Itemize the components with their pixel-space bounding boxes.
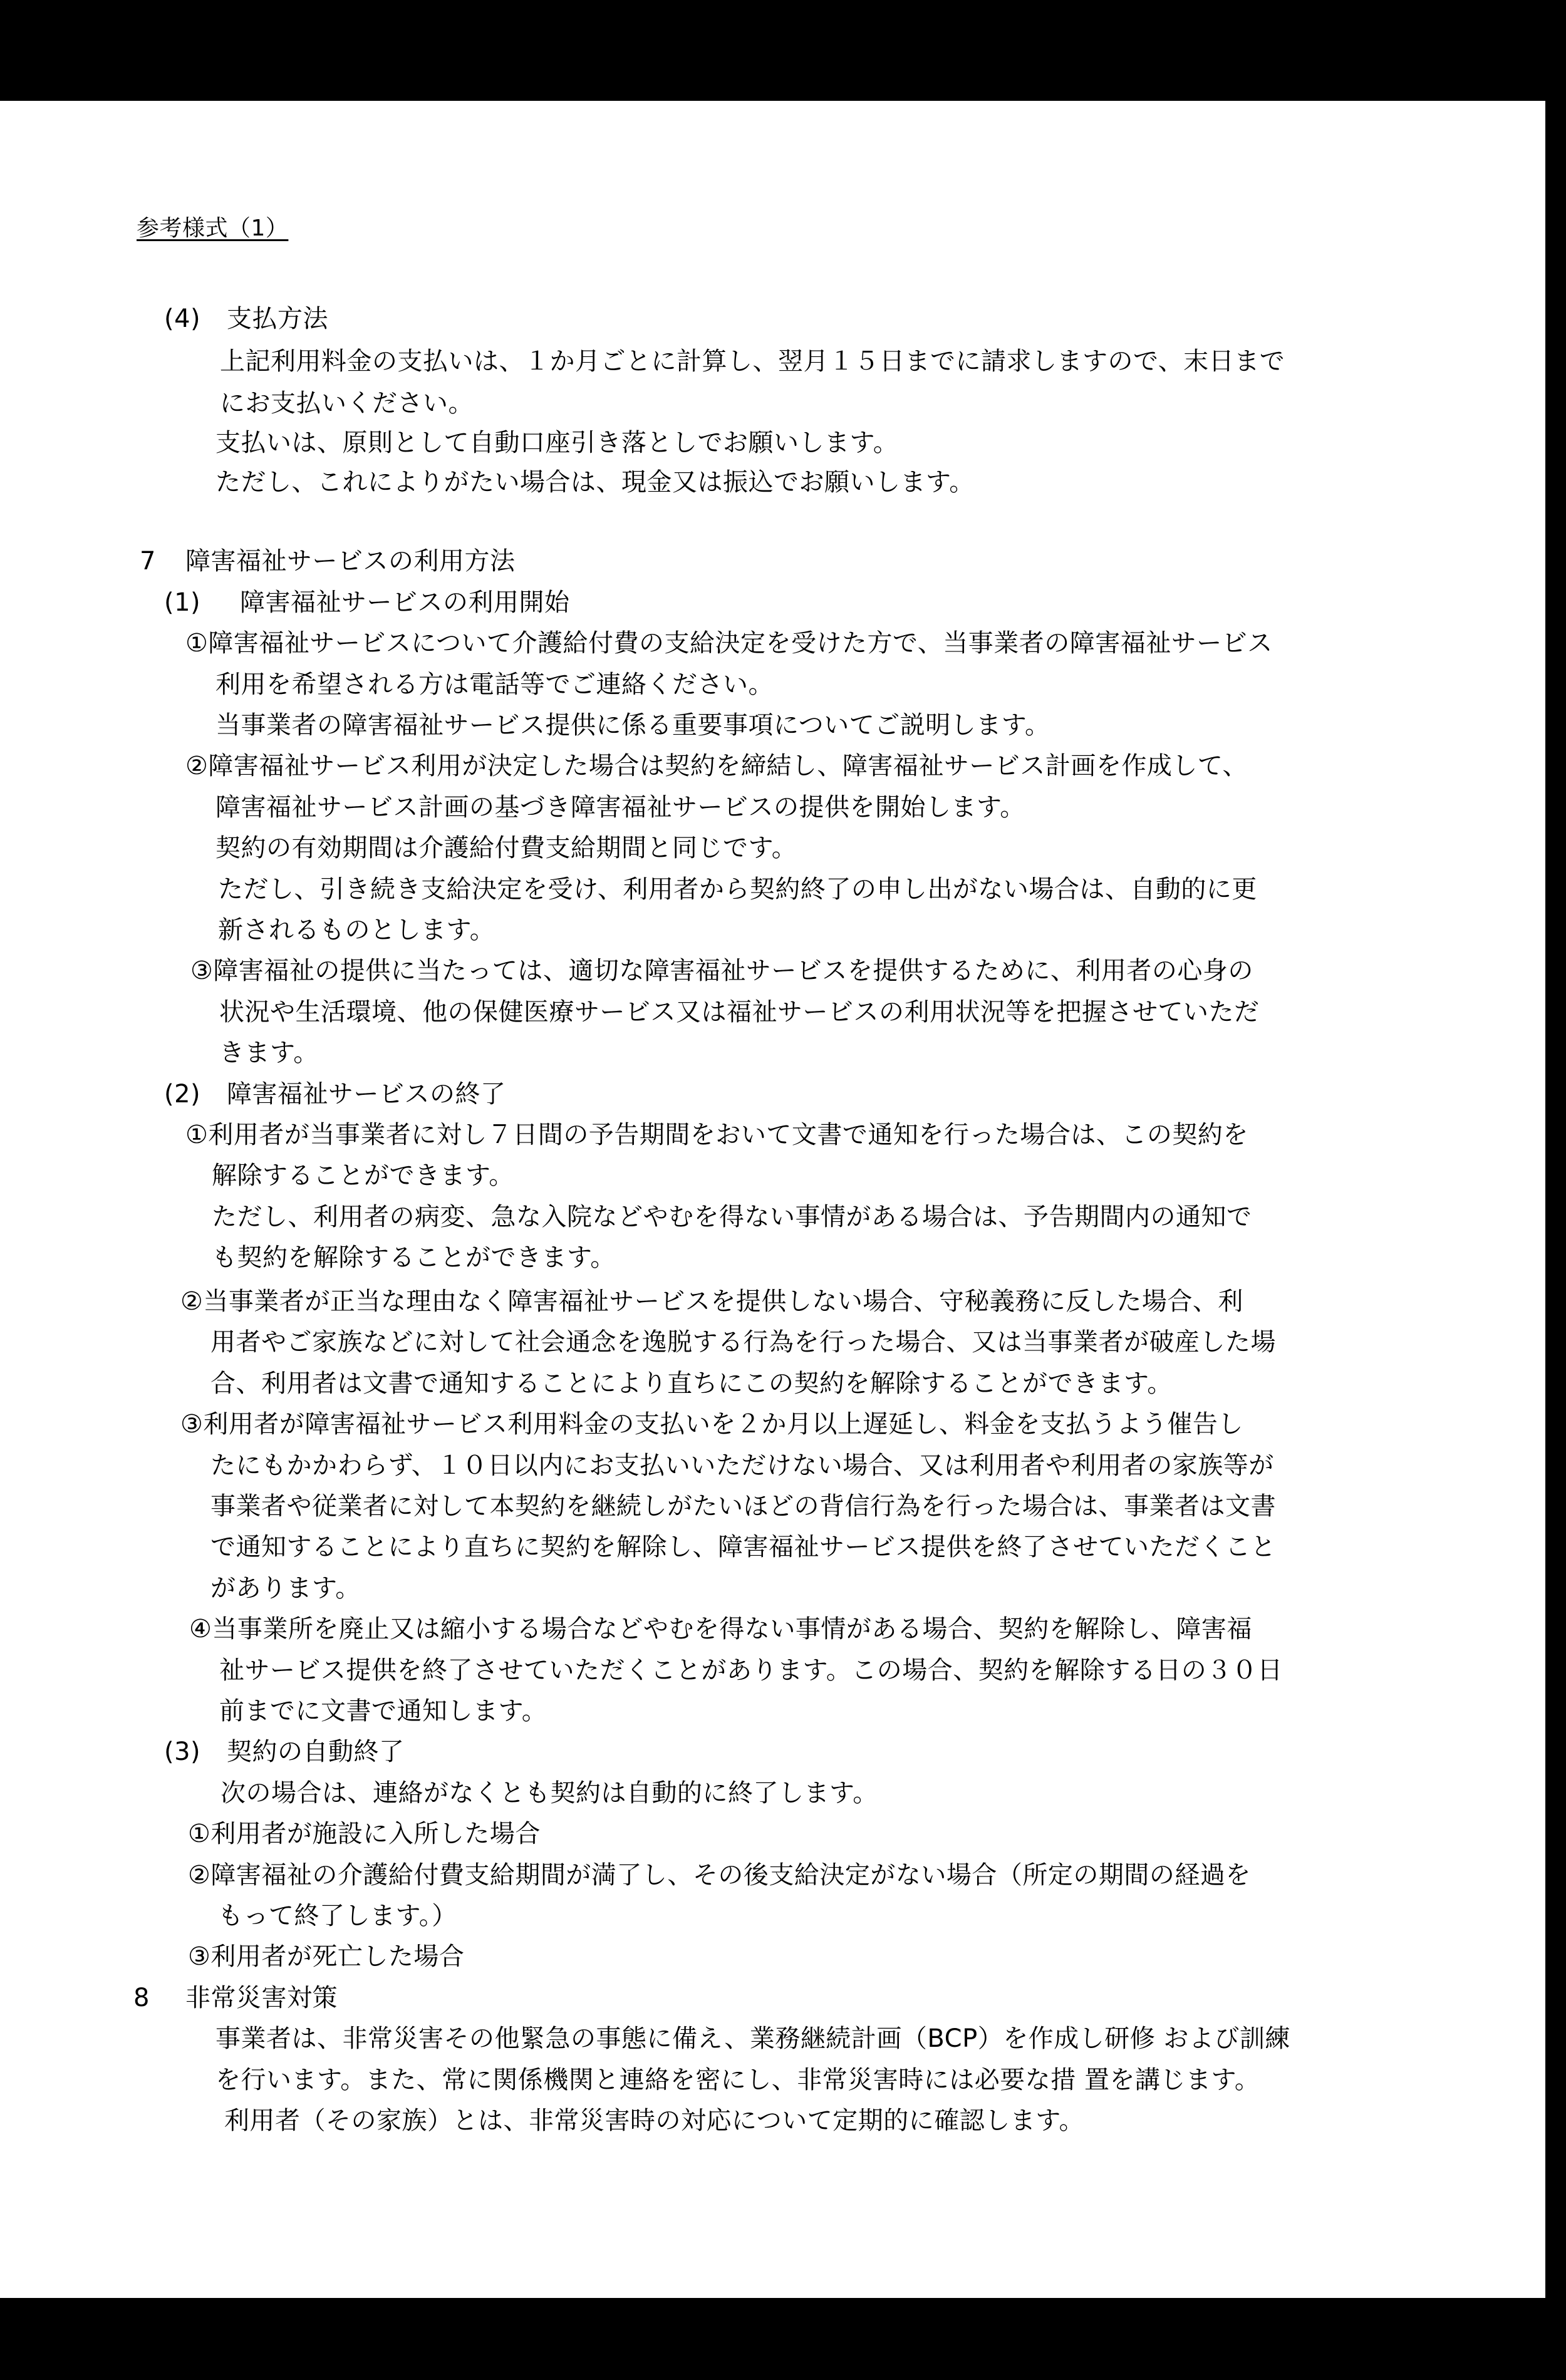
list-item: たにもかかわらず、１０日以内にお支払いいただけない場合、又は利用者や利用者の家族… [210,1451,1274,1481]
form-label: 参考様式（1） [137,214,288,244]
list-item: ④当事業所を廃止又は縮小する場合などやむを得ない事情がある場合、契約を解除し、障… [189,1614,1252,1644]
payment-line: 支払いは、原則として自動口座引き落としでお願いします。 [215,428,898,458]
section8-line: を行います。また、常に関係機関と連絡を密にし、非常災害時には必要な措 置を講じま… [215,2065,1260,2095]
list-item: 契約の有効期間は介護給付費支給期間と同じです。 [215,833,797,863]
list-item: ③障害福祉の提供に当たっては、適切な障害福祉サービスを提供するために、利用者の心… [190,956,1253,986]
list-item: 当事業者の障害福祉サービス提供に係る重要事項についてご説明します。 [215,710,1050,740]
subsection-title: 障害福祉サービスの終了 [227,1079,506,1109]
list-item: 祉サービス提供を終了させていただくことがあります。この場合、契約を解除する日の３… [219,1655,1283,1685]
payment-line: にお支払いください。 [220,388,474,418]
list-item: きます。 [219,1038,319,1068]
list-item: ①利用者が当事業者に対し７日間の予告期間をおいて文書で通知を行った場合は、この契… [185,1120,1248,1150]
list-item: 次の場合は、連絡がなくとも契約は自動的に終了します。 [220,1778,878,1808]
list-item: があります。 [210,1573,361,1603]
payment-heading: 支払方法 [227,304,328,334]
payment-line: 上記利用料金の支払いは、１か月ごとに計算し、翌月１５日までに請求しますので、末日… [220,346,1285,376]
list-item: 新されるものとします。 [218,915,495,945]
list-item: ①障害福祉サービスについて介護給付費の支給決定を受けた方で、当事業者の障害福祉サ… [185,628,1273,658]
section8-line: 利用者（その家族）とは、非常災害時の対応について定期的に確認します。 [224,2106,1084,2136]
list-item: 合、利用者は文書で通知することにより直ちにこの契約を解除することができます。 [210,1368,1173,1399]
payment-heading-num: (4) [164,304,200,334]
list-item: ②障害福祉サービス利用が決定した場合は契約を締結し、障害福祉サービス計画を作成し… [185,751,1248,781]
list-item: も契約を解除することができます。 [212,1243,616,1273]
section7-heading-num: 7 [140,546,156,576]
subsection-title: 契約の自動終了 [227,1737,405,1767]
list-item: 事業者や従業者に対して本契約を継続しがたいほどの背信行為を行った場合は、事業者は… [210,1491,1276,1521]
section8-heading: 非常災害対策 [185,1983,338,2013]
list-item: ②当事業者が正当な理由なく障害福祉サービスを提供しない場合、守秘義務に反した場合… [180,1286,1243,1317]
list-item: 前までに文書で通知します。 [219,1696,547,1726]
subsection-num: (1) [164,587,200,618]
list-item: 用者やご家族などに対して社会通念を逸脱する行為を行った場合、又は当事業者が破産し… [210,1327,1276,1357]
list-item: もって終了します。） [218,1901,457,1931]
subsection-title: 障害福祉サービスの利用開始 [240,587,570,618]
subsection-num: (3) [164,1737,200,1767]
list-item: 利用を希望される方は電話等でご連絡ください。 [215,670,774,700]
payment-line: ただし、これによりがたい場合は、現金又は振込でお願いします。 [215,467,975,497]
section8-line: 事業者は、非常災害その他緊急の事態に備え、業務継続計画（BCP）を作成し研修 お… [215,2024,1290,2054]
list-item: で通知することにより直ちに契約を解除し、障害福祉サービス提供を終了させていただく… [210,1532,1276,1562]
list-item: ただし、利用者の病変、急な入院などやむを得ない事情がある場合は、予告期間内の通知… [212,1202,1252,1232]
subsection-num: (2) [164,1079,200,1109]
section8-heading-num: 8 [133,1983,150,2013]
section7-heading: 障害福祉サービスの利用方法 [185,546,516,576]
list-item: ②障害福祉の介護給付費支給期間が満了し、その後支給決定がない場合（所定の期間の経… [188,1860,1251,1890]
list-item: ③利用者が障害福祉サービス利用料金の支払いを２か月以上遅延し、料金を支払うよう催… [180,1409,1243,1439]
list-item: 障害福祉サービス計画の基づき障害福祉サービスの提供を開始します。 [215,792,1025,822]
document-page: 参考様式（1） (4) 支払方法 上記利用料金の支払いは、１か月ごとに計算し、翌… [0,101,1545,2298]
list-item: ①利用者が施設に入所した場合 [188,1819,541,1849]
list-item: ただし、引き続き支給決定を受け、利用者から契約終了の申し出がない場合は、自動的に… [218,874,1257,904]
list-item: ③利用者が死亡した場合 [188,1942,464,1972]
list-item: 状況や生活環境、他の保健医療サービス又は福祉サービスの利用状況等を把握させていた… [219,997,1260,1027]
list-item: 解除することができます。 [212,1161,514,1191]
